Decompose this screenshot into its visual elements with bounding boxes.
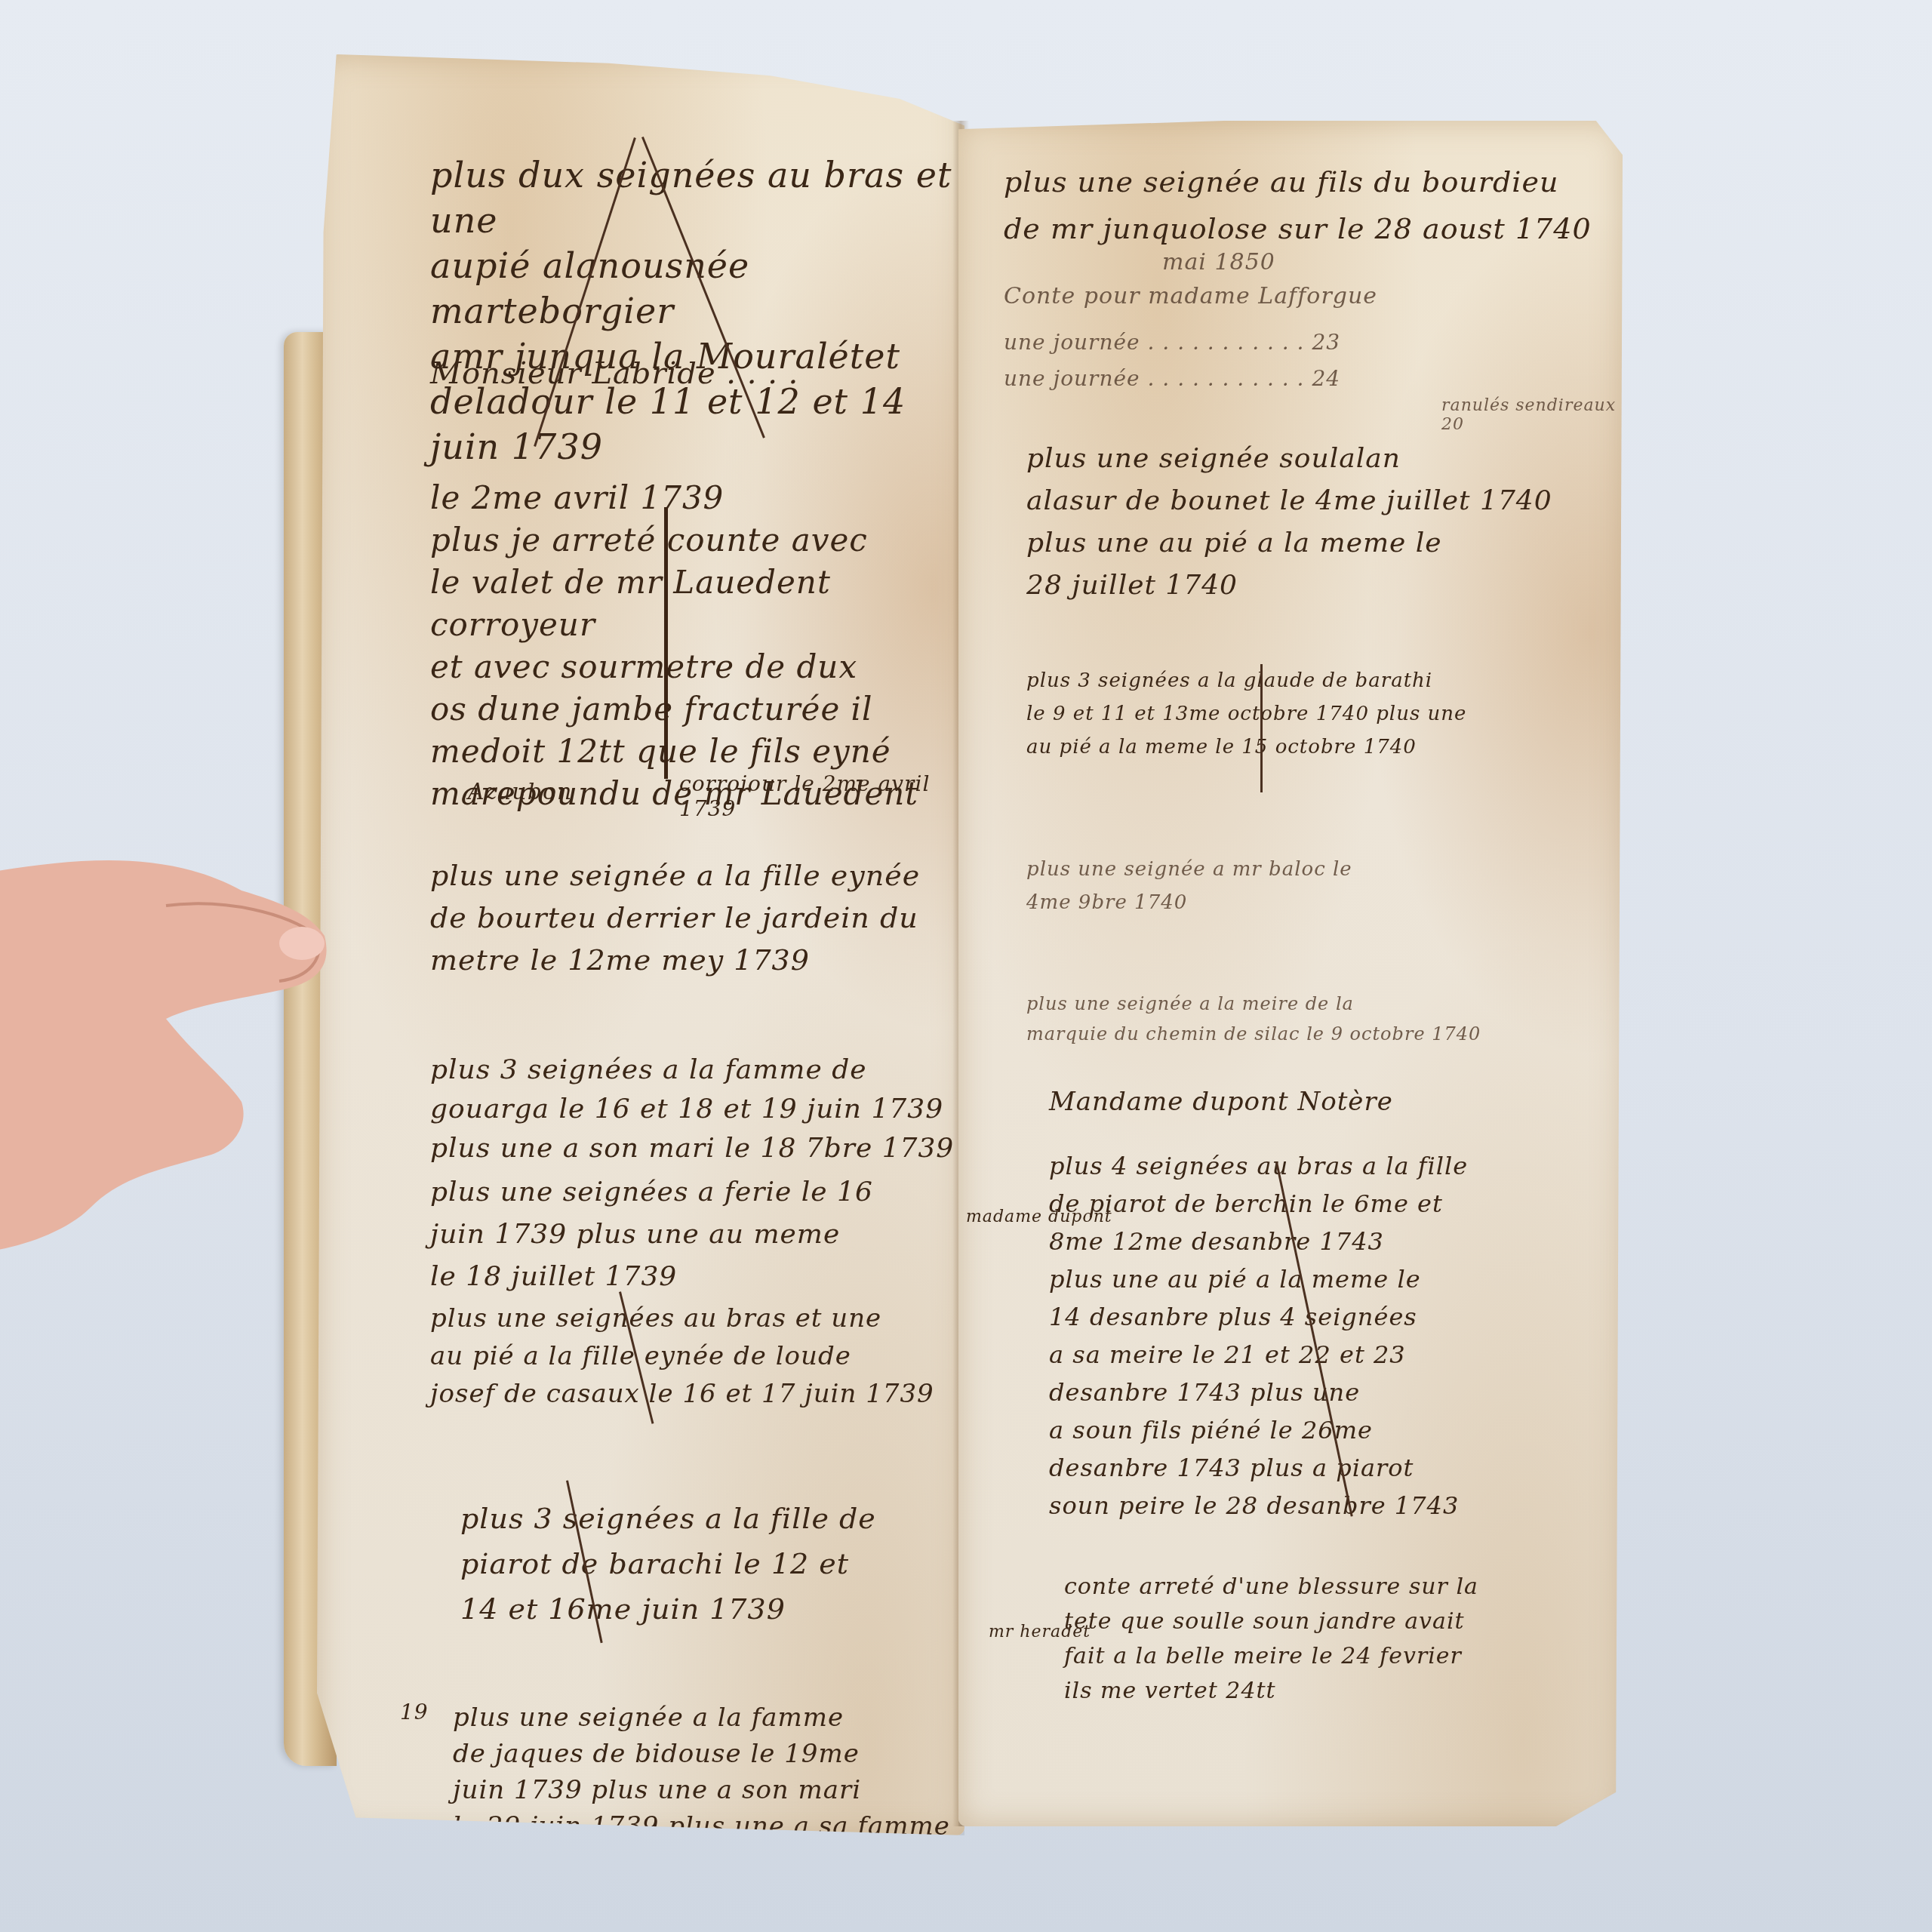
vertical-strike [664, 507, 668, 779]
left-entry-2: le 2me avril 1739 plus je arreté counte … [430, 477, 964, 815]
right-entry-5: plus une seignée a la meire de la marqui… [1026, 989, 1481, 1049]
left-entry-5: plus une seignées a ferie le 16 juin 173… [430, 1171, 873, 1298]
left-entry-6: plus une seignées au bras et une au pié … [430, 1300, 934, 1413]
right-entry-4: plus une seignée a mr baloc le 4me 9bre … [1026, 853, 1352, 919]
left-entry-3: plus une seignée a la fille eynée de bou… [430, 854, 920, 981]
left-entry-7: plus 3 seignées a la fille de piarot de … [460, 1496, 876, 1632]
right-page: plus une seignée au fils du bourdieu de … [958, 121, 1623, 1826]
section-heading: Mandame dupont Notère [1049, 1087, 1393, 1117]
signature-azaubon: Azaubon [468, 779, 572, 805]
margin-note: ranulés sendireaux 20 [1441, 396, 1623, 434]
right-entry-6: plus 4 seignées au bras a la fille de pi… [1049, 1147, 1468, 1524]
right-entry-3: plus 3 seignées a la glaude de barathi l… [1026, 664, 1466, 764]
margin-note-dupont: madame dupont [966, 1207, 1112, 1226]
ledger-lines: une journée . . . . . . . . . . . 23 une… [1004, 325, 1340, 397]
left-entry-4: plus 3 seignées a la famme de gouarga le… [430, 1051, 954, 1168]
left-entry-8: plus une seignée a la famme de jaques de… [453, 1700, 950, 1881]
right-entry-7: conte arreté d'une blessure sur la tete … [1064, 1570, 1478, 1709]
left-entry-1: plus dux seignées au bras et une aupié a… [430, 152, 964, 469]
hand [0, 830, 362, 1253]
account-heading: Conte pour madame Lafforgue [1004, 283, 1377, 309]
margin-note-heradet: mr heradet [989, 1623, 1091, 1641]
left-page: plus dux seignées au bras et une aupié a… [317, 54, 964, 1835]
right-entry-2: plus une seignée soulalan alasur de boun… [1026, 438, 1552, 607]
right-entry-1: plus une seignée au fils du bourdieu de … [1004, 158, 1592, 252]
photo-scene: plus dux seignées au bras et une aupié a… [0, 0, 1932, 1932]
vertical-strike [1260, 664, 1263, 792]
left-entry-2-note: corroiour le 2me avril 1739 [679, 771, 964, 821]
margin-number: 19 [400, 1700, 429, 1724]
signature-labride: Monsieur Labride . . . . [430, 356, 798, 391]
date-note: mai 1850 [1162, 249, 1275, 275]
